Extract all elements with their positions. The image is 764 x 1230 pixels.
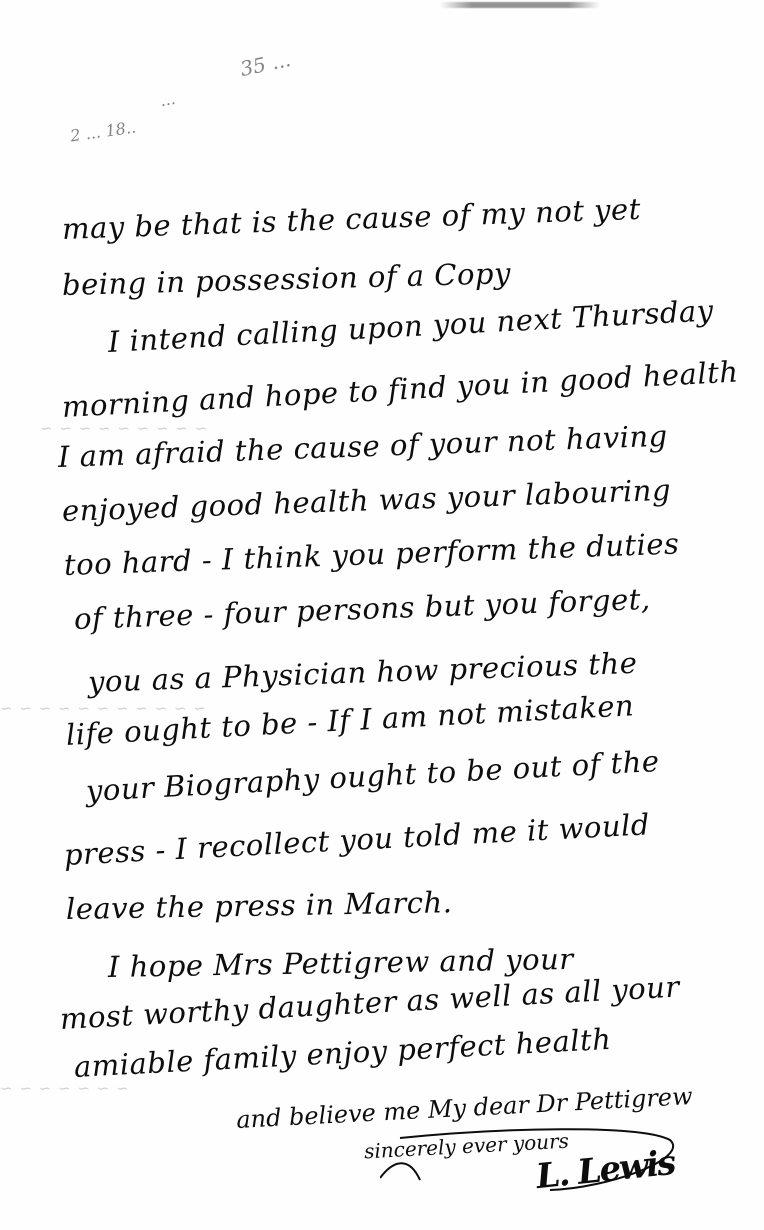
date-line: 2 ... 18.. (69, 117, 137, 145)
body-line-7: too hard - I think you perform the dutie… (63, 527, 680, 582)
show-through-text: ~ ~ ~ ~ ~ ~ ~ (0, 1080, 130, 1098)
body-line-11: your Biography ought to be out of the (85, 744, 660, 808)
body-line-8: of three - four persons but you forget, (73, 582, 651, 636)
body-line-16: amiable family enjoy perfect health (73, 1022, 612, 1084)
body-line-6: enjoyed good health was your labouring (61, 473, 671, 528)
address-line-1: 35 ... (238, 47, 293, 81)
body-line-10: life ought to be - If I am not mistaken (65, 688, 635, 752)
letter-page: ~ ~ ~ ~ ~ ~ ~ ~ ~ ~ ~ ~ ~ ~ ~ ~ ~ ~ ~ ~ … (0, 0, 764, 1230)
address-line-2: ... (158, 89, 176, 110)
body-line-12: press - I recollect you told me it would (63, 807, 651, 872)
body-line-3: I intend calling upon you next Thursday (107, 293, 714, 359)
body-line-9: you as a Physician how precious the (87, 646, 637, 699)
body-line-1: may be that is the cause of my not yet (61, 192, 641, 246)
body-line-4: morning and hope to find you in good hea… (61, 355, 739, 424)
body-line-13: leave the press in March. (66, 885, 453, 926)
body-line-2: being in possession of a Copy (62, 256, 512, 302)
scan-smudge (440, 2, 600, 8)
